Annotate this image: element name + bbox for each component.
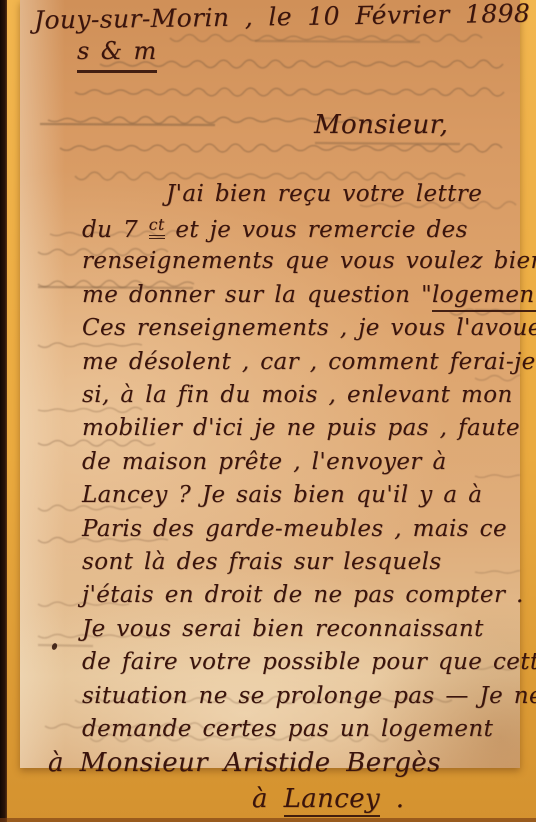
letter-line-b3: me donner sur la question "logement" bbox=[82, 282, 536, 308]
letter-line-addr2: à Lancey . bbox=[252, 784, 404, 814]
photo-dark-edge bbox=[0, 0, 7, 822]
text-segment: à Monsieur Aristide Bergès bbox=[48, 748, 441, 778]
letter-photograph: Jouy-sur-Morin , le 10 Février 1898 .s &… bbox=[0, 0, 536, 822]
letter-line-b5: me désolent , car , comment ferai-je bbox=[82, 349, 536, 375]
letter-line-b11: sont là des frais sur lesquels bbox=[82, 549, 442, 575]
text-segment: demande certes pas un logement bbox=[82, 716, 493, 742]
text-segment: . bbox=[380, 784, 404, 814]
text-segment: situation ne se prolonge pas — Je ne bbox=[82, 683, 536, 709]
text-segment: de maison prête , l'envoyer à bbox=[82, 449, 447, 475]
letter-text: Jouy-sur-Morin , le 10 Février 1898 .s &… bbox=[20, 0, 520, 768]
letter-line-addr1: à Monsieur Aristide Bergès bbox=[48, 748, 441, 778]
letter-line-b1: du 7 ct et je vous remercie des bbox=[82, 215, 468, 243]
underlined-word: logement bbox=[432, 282, 536, 312]
text-segment: Je vous serai bien reconnaissant bbox=[82, 616, 484, 642]
letter-line-b16: demande certes pas un logement bbox=[82, 716, 493, 742]
letter-line-b10: Paris des garde-meubles , mais ce bbox=[82, 516, 507, 542]
text-segment: Monsieur, bbox=[314, 110, 448, 140]
text-segment: du 7 bbox=[82, 217, 149, 243]
text-segment: Lancey ? Je sais bien qu'il y a à bbox=[82, 482, 482, 508]
letter-line-b4: Ces renseignements , je vous l'avoue, bbox=[82, 315, 536, 341]
text-segment: et je vous remercie des bbox=[165, 217, 468, 243]
text-segment: Paris des garde-meubles , mais ce bbox=[82, 516, 507, 542]
letter-sheet: Jouy-sur-Morin , le 10 Février 1898 .s &… bbox=[20, 0, 520, 768]
text-segment: renseignements que vous voulez bien bbox=[82, 248, 536, 274]
letter-line-b8: de maison prête , l'envoyer à bbox=[82, 449, 447, 475]
letter-line-b13: Je vous serai bien reconnaissant bbox=[82, 616, 484, 642]
text-segment: Jouy-sur-Morin , le 10 Février 1898 . bbox=[34, 0, 536, 35]
text-segment: sont là des frais sur lesquels bbox=[82, 549, 442, 575]
letter-line-b15: situation ne se prolonge pas — Je ne bbox=[82, 683, 536, 709]
text-segment: mobilier d'ici je ne puis pas , faute bbox=[82, 415, 520, 441]
text-segment: Ces renseignements , je vous l'avoue, bbox=[82, 315, 536, 341]
letter-line-dateline: Jouy-sur-Morin , le 10 Février 1898 . bbox=[34, 0, 536, 35]
letter-line-b14: de faire votre possible pour que cette bbox=[82, 649, 536, 675]
text-segment: me donner sur la question " bbox=[82, 282, 432, 308]
letter-line-b2: renseignements que vous voulez bien bbox=[82, 248, 536, 274]
letter-line-b6: si, à la fin du mois , enlevant mon bbox=[82, 382, 513, 408]
text-segment: J'ai bien reçu votre lettre bbox=[166, 181, 482, 207]
letter-line-salutation: Monsieur, bbox=[314, 110, 448, 140]
text-segment: à bbox=[252, 784, 284, 814]
letter-line-b12: j'étais en droit de ne pas compter . bbox=[82, 582, 524, 608]
text-segment: de faire votre possible pour que cette bbox=[82, 649, 536, 675]
letter-line-dept: s & m bbox=[77, 37, 157, 65]
text-segment: me désolent , car , comment ferai-je bbox=[82, 349, 536, 375]
letter-line-b9: Lancey ? Je sais bien qu'il y a à bbox=[82, 482, 482, 508]
underlined-word: s & m bbox=[77, 37, 157, 73]
letter-line-b7: mobilier d'ici je ne puis pas , faute bbox=[82, 415, 520, 441]
photo-bottom-edge bbox=[0, 818, 536, 822]
text-segment: si, à la fin du mois , enlevant mon bbox=[82, 382, 513, 408]
superscript-abbreviation: ct bbox=[149, 215, 165, 239]
underlined-word: Lancey bbox=[284, 784, 381, 817]
text-segment: j'étais en droit de ne pas compter . bbox=[82, 582, 524, 608]
letter-line-p1: J'ai bien reçu votre lettre bbox=[166, 181, 482, 207]
